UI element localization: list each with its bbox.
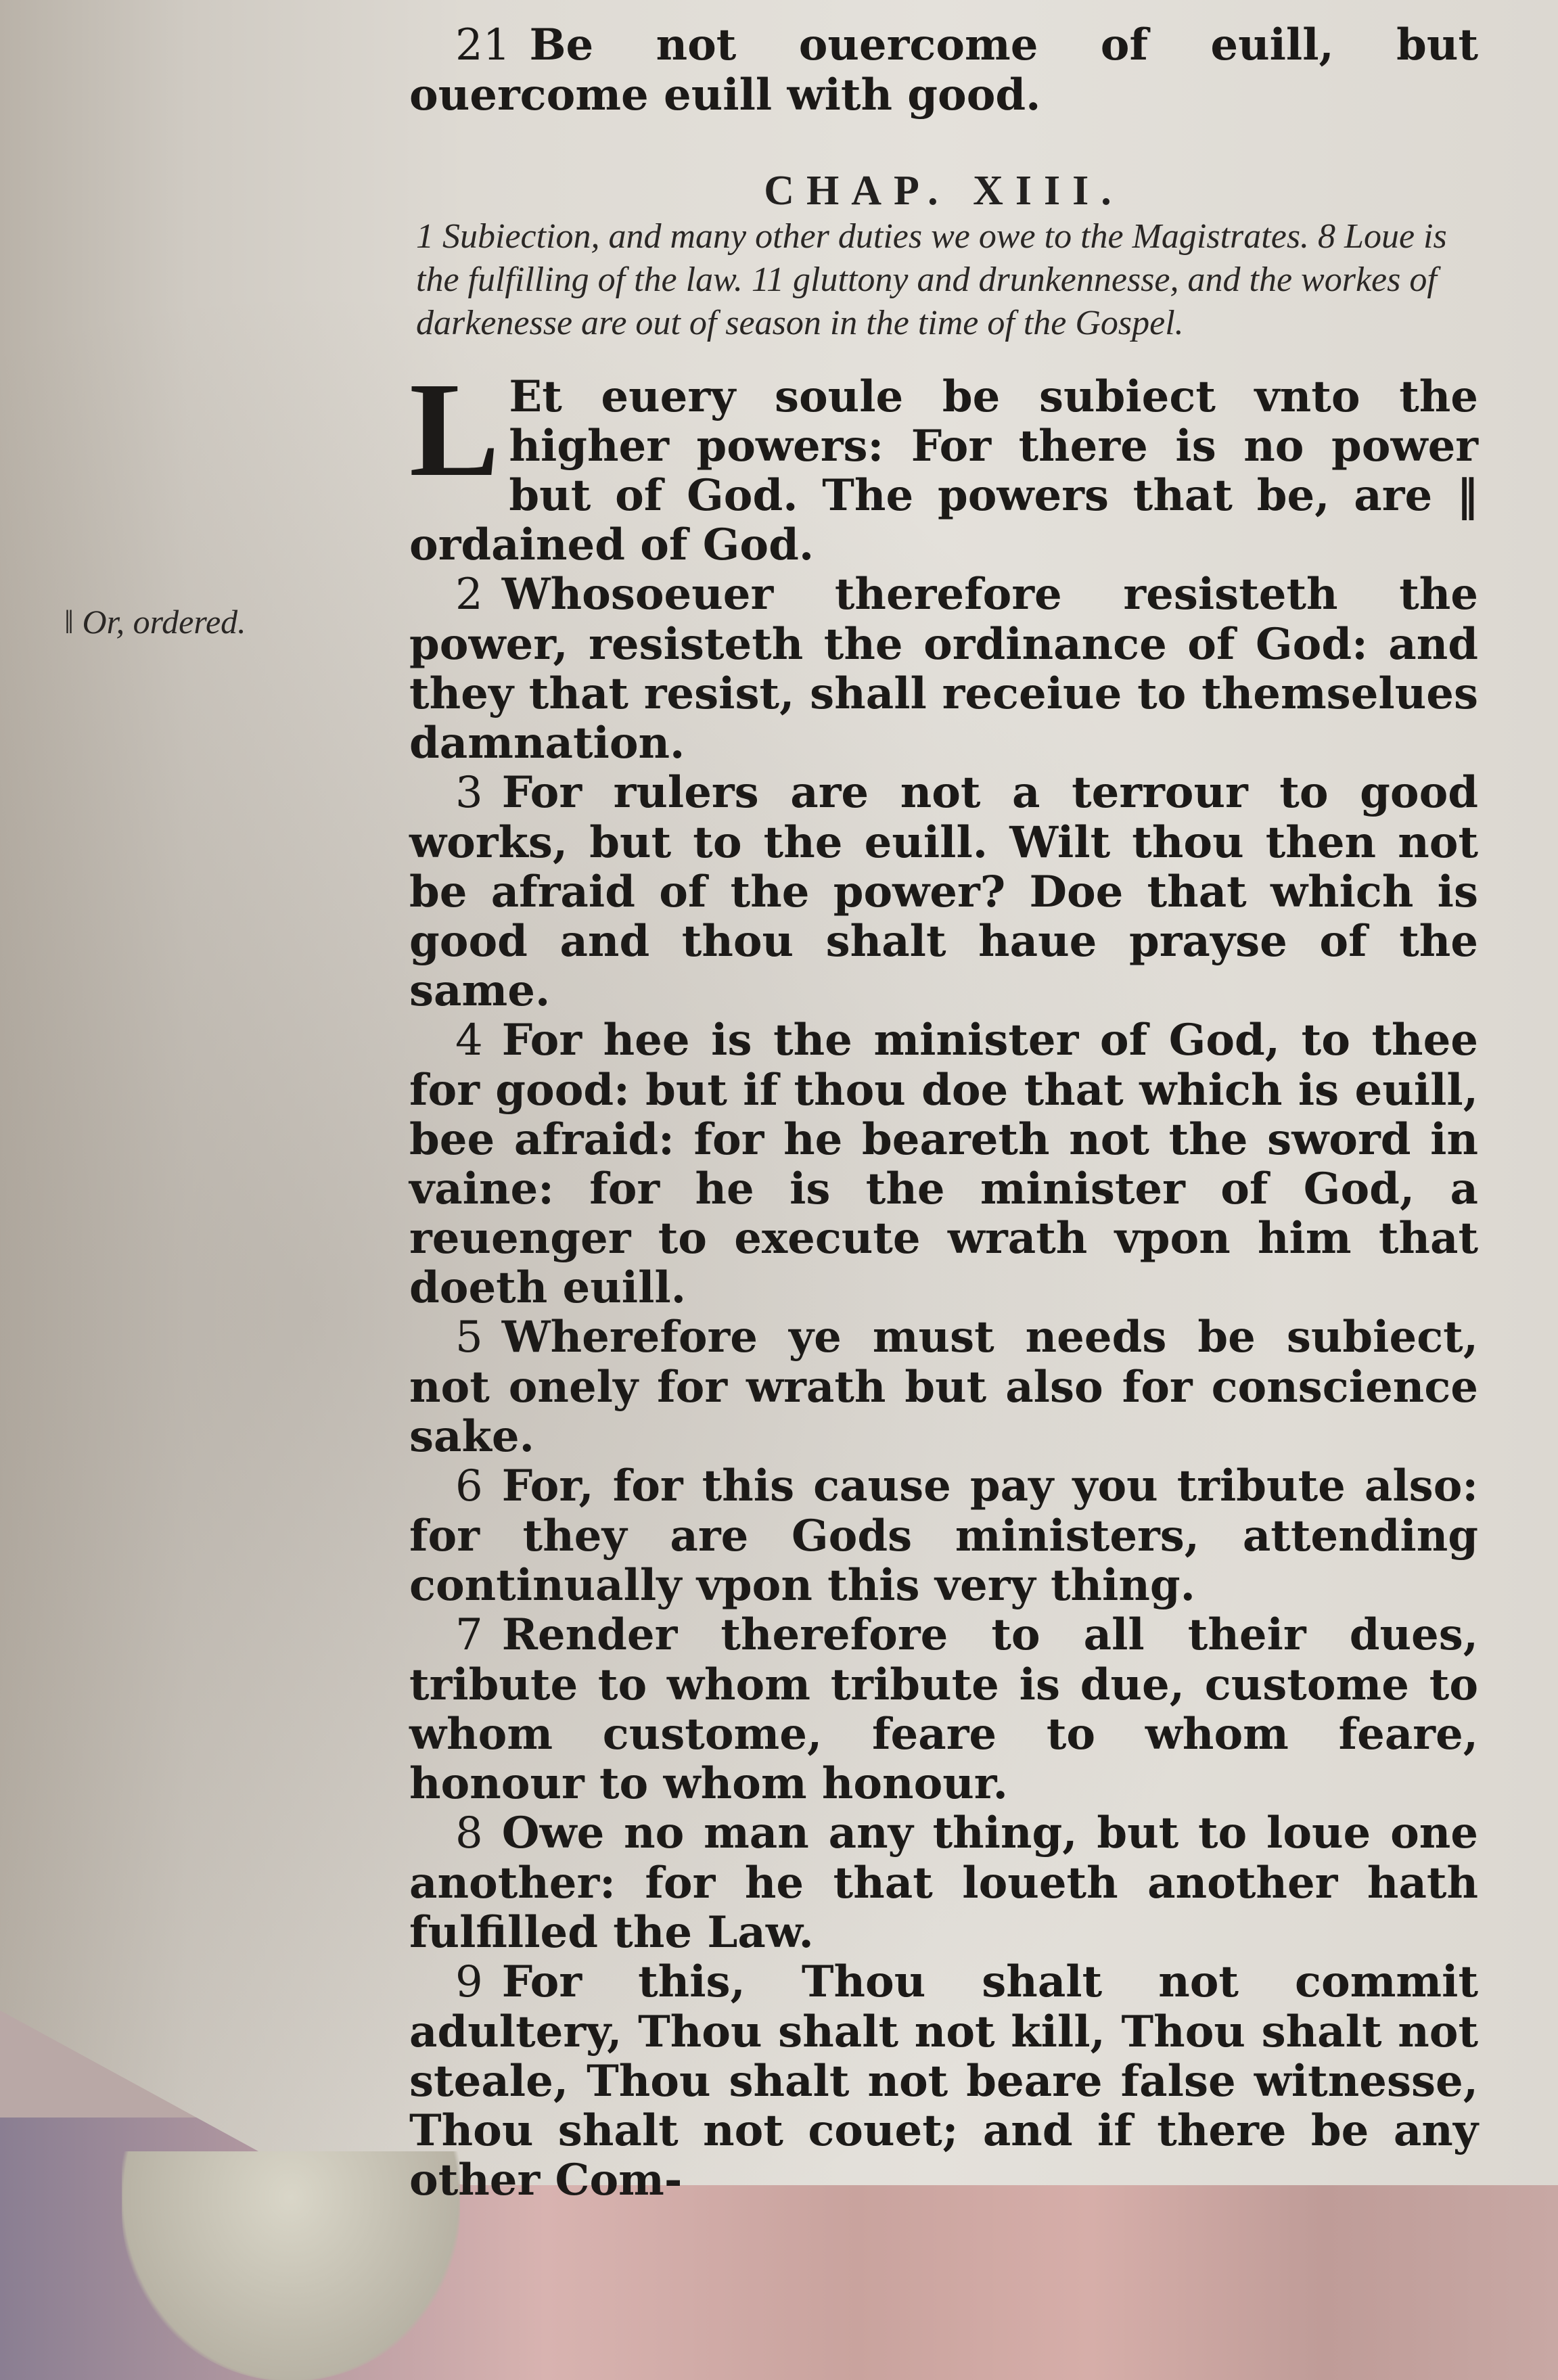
verse-number: 4 — [455, 1016, 483, 1066]
verse-text: Be not ouercome of euill, but ouercome e… — [409, 20, 1478, 120]
verse-number: 3 — [455, 769, 483, 818]
verse-8: 8Owe no man any thing, but to loue one a… — [409, 1808, 1478, 1957]
verse-text: Owe no man any thing, but to loue one an… — [409, 1808, 1478, 1958]
margin-note: ‖ Or, ordered. — [64, 602, 246, 641]
verse-6: 6For, for this cause pay you tribute als… — [409, 1461, 1478, 1610]
chapter-summary: 1 Subiection, and many other duties we o… — [409, 215, 1471, 345]
verse-5: 5Wherefore ye must needs be subiect, not… — [409, 1312, 1478, 1461]
chapter-heading: CHAP. XIII. — [409, 167, 1478, 215]
verse-text: Et euery soule be subiect vnto the highe… — [409, 371, 1478, 570]
verse-text: For, for this cause pay you tribute also… — [409, 1461, 1478, 1611]
prior-verse: 21Be not ouercome of euill, but ouercome… — [409, 20, 1478, 120]
verse-text: Whosoeuer therefore resisteth the power,… — [409, 569, 1478, 769]
verse-1: LEt euery soule be subiect vnto the high… — [409, 372, 1478, 570]
verse-text: Render therefore to all their dues, trib… — [409, 1609, 1478, 1809]
verse-9: 9For this, Thou shalt not commit adulter… — [409, 1957, 1478, 2205]
verse-7: 7Render therefore to all their dues, tri… — [409, 1610, 1478, 1808]
verse-number: 6 — [455, 1462, 483, 1511]
verse-text: Wherefore ye must needs be subiect, not … — [409, 1312, 1478, 1462]
verse-number: 9 — [455, 1958, 483, 2007]
verse-number: 21 — [455, 21, 510, 70]
verse-number: 7 — [455, 1611, 483, 1660]
verse-number: 5 — [455, 1313, 483, 1363]
verse-2: 2Whosoeuer therefore resisteth the power… — [409, 570, 1478, 768]
verse-number: 2 — [455, 570, 483, 620]
verse-number: 8 — [455, 1809, 483, 1858]
verse-3: 3For rulers are not a terrour to good wo… — [409, 768, 1478, 1015]
verse-4: 4For hee is the minister of God, to thee… — [409, 1015, 1478, 1312]
drop-cap: L — [409, 376, 499, 484]
verse-text: For rulers are not a terrour to good wor… — [409, 767, 1478, 1016]
main-column: 21Be not ouercome of euill, but ouercome… — [409, 20, 1478, 2205]
verse-list: LEt euery soule be subiect vnto the high… — [409, 372, 1478, 2205]
verse-text: For hee is the minister of God, to thee … — [409, 1015, 1478, 1313]
verse-text: For this, Thou shalt not commit adultery… — [409, 1956, 1478, 2205]
